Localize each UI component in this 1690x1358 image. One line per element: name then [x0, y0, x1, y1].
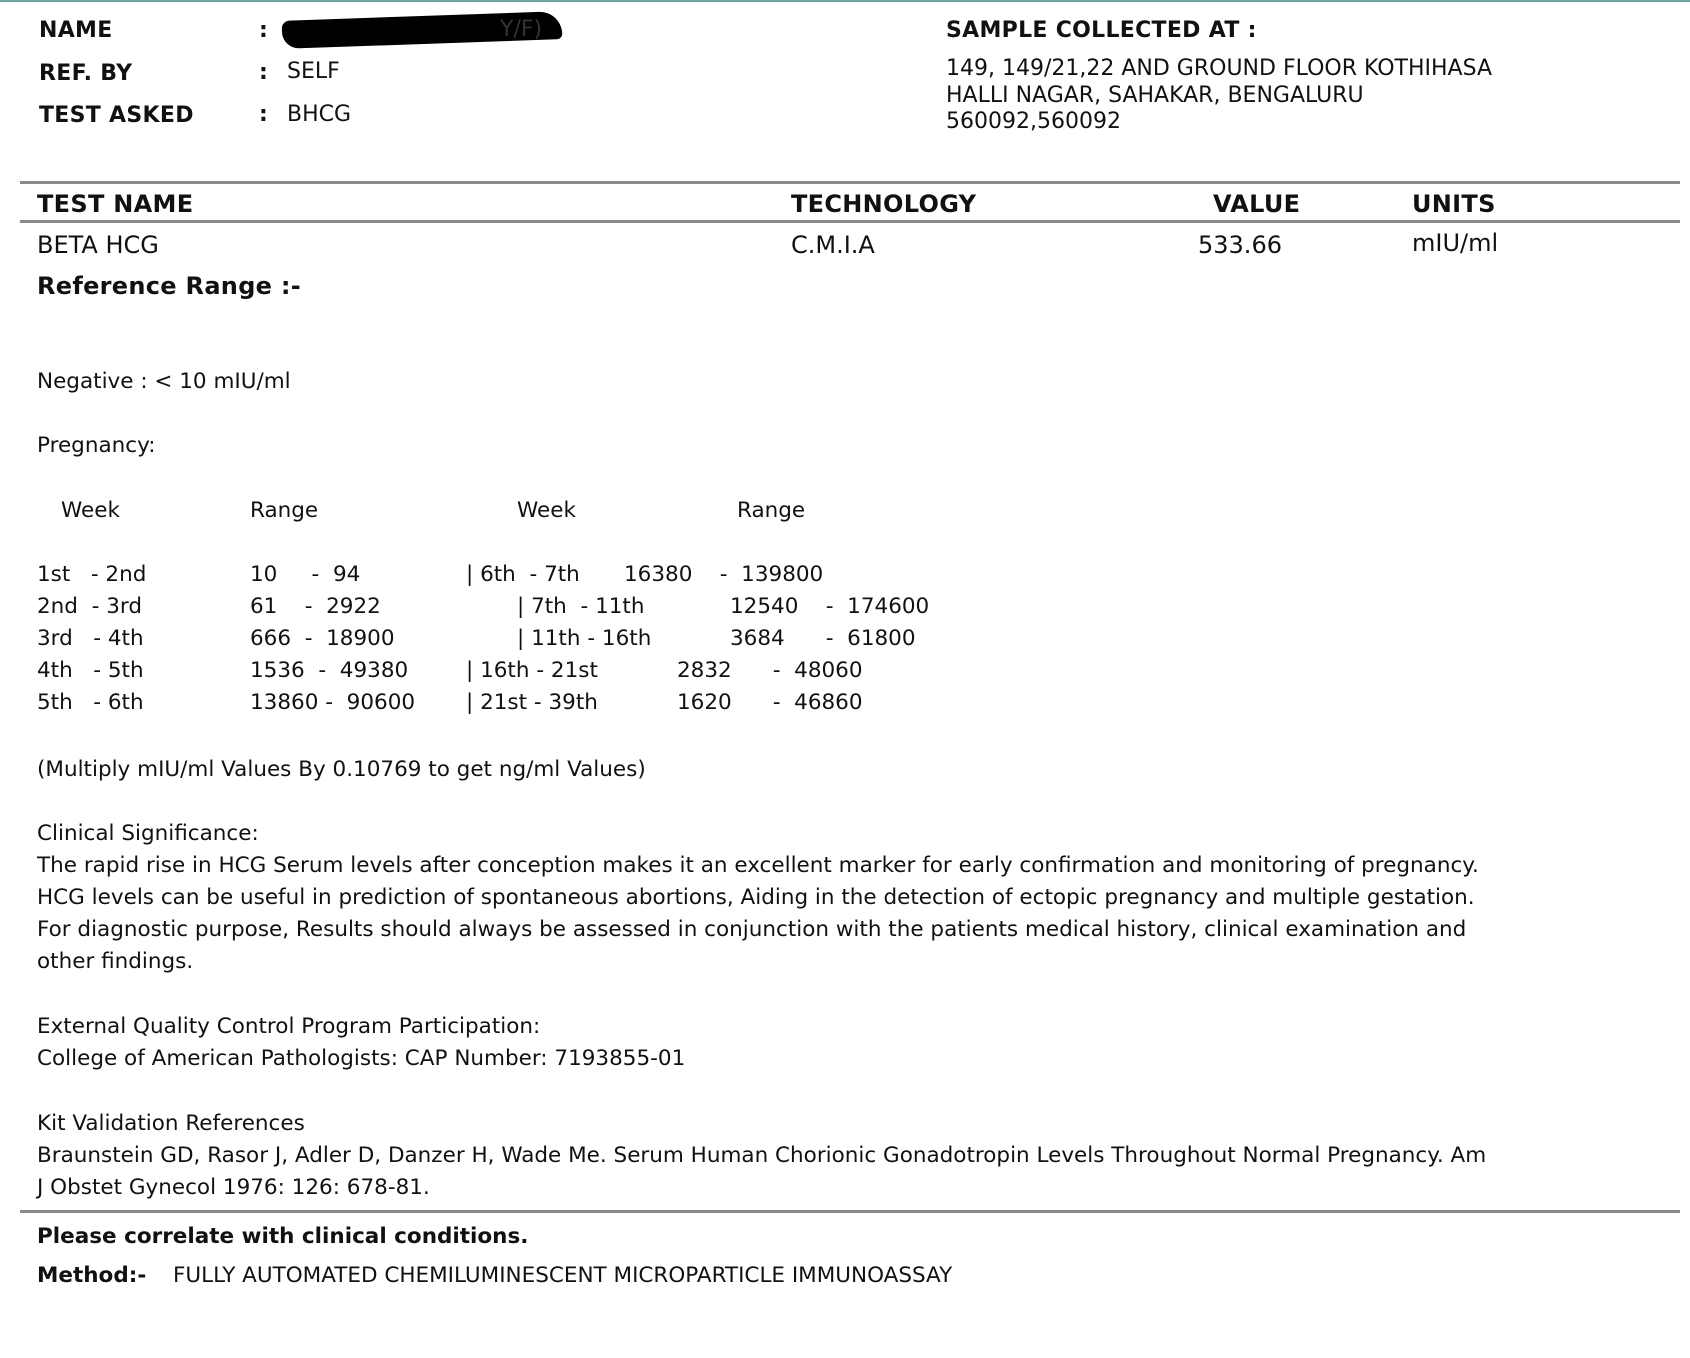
- ref-week-right: | 6th - 7th: [466, 562, 580, 587]
- correlate-note: Please correlate with clinical condition…: [37, 1224, 528, 1249]
- result-units: mIU/ml: [1412, 229, 1498, 257]
- ref-range-left: 10 - 94: [250, 562, 360, 587]
- test-asked-value: BHCG: [287, 102, 351, 127]
- result-value: 533.66: [1198, 231, 1282, 259]
- clinical-line-3: For diagnostic purpose, Results should a…: [37, 917, 1466, 942]
- name-label: NAME: [39, 18, 113, 43]
- kit-reference-line-1: Braunstein GD, Rasor J, Adler D, Danzer …: [37, 1143, 1486, 1168]
- name-colon: :: [259, 18, 268, 43]
- ref-week-left: 4th - 5th: [37, 658, 144, 683]
- top-border: [0, 0, 1690, 2]
- ref-by-colon: :: [259, 60, 268, 85]
- sample-collected-label: SAMPLE COLLECTED AT :: [946, 18, 1257, 43]
- address-line-1: 149, 149/21,22 AND GROUND FLOOR KOTHIHAS…: [946, 56, 1492, 81]
- cap-number: College of American Pathologists: CAP Nu…: [37, 1046, 685, 1071]
- table-top-divider: [20, 181, 1680, 184]
- ref-range-right: 2832 - 48060: [677, 658, 863, 683]
- ref-by-label: REF. BY: [39, 61, 132, 86]
- pregnancy-label: Pregnancy:: [37, 433, 155, 458]
- header-technology: TECHNOLOGY: [791, 190, 976, 218]
- ref-week-right: | 11th - 16th: [517, 626, 651, 651]
- header-value: VALUE: [1213, 190, 1300, 218]
- ref-range-right: 12540 - 174600: [730, 594, 929, 619]
- ref-range-left: 61 - 2922: [250, 594, 381, 619]
- clinical-line-4: other findings.: [37, 949, 193, 974]
- name-suffix: Y/F): [500, 17, 542, 42]
- reference-range-title: Reference Range :-: [37, 272, 301, 300]
- ref-week-left: 2nd - 3rd: [37, 594, 142, 619]
- ref-week-left: 3rd - 4th: [37, 626, 144, 651]
- ref-week-left: 1st - 2nd: [37, 562, 146, 587]
- ref-header-week-right: Week: [517, 498, 576, 523]
- ref-week-right: | 7th - 11th: [517, 594, 645, 619]
- result-test-name: BETA HCG: [37, 231, 159, 259]
- address-line-2: HALLI NAGAR, SAHAKAR, BENGALURU: [946, 83, 1364, 108]
- ref-header-range-left: Range: [250, 498, 318, 523]
- kit-validation-title: Kit Validation References: [37, 1111, 305, 1136]
- ref-week-right: | 21st - 39th: [466, 690, 598, 715]
- footer-divider: [20, 1210, 1680, 1213]
- clinical-line-1: The rapid rise in HCG Serum levels after…: [37, 853, 1479, 878]
- negative-range: Negative : < 10 mIU/ml: [37, 369, 291, 394]
- ref-range-right: 3684 - 61800: [730, 626, 916, 651]
- test-asked-label: TEST ASKED: [39, 103, 194, 128]
- method-value: FULLY AUTOMATED CHEMILUMINESCENT MICROPA…: [173, 1263, 952, 1288]
- ref-range-right: 16380 - 139800: [624, 562, 823, 587]
- method-label: Method:-: [37, 1263, 146, 1288]
- header-test-name: TEST NAME: [37, 190, 193, 218]
- ref-range-right: 1620 - 46860: [677, 690, 863, 715]
- ref-header-range-right: Range: [737, 498, 805, 523]
- address-line-3: 560092,560092: [946, 109, 1121, 134]
- table-header-divider: [20, 220, 1680, 223]
- test-asked-colon: :: [259, 102, 268, 127]
- header-units: UNITS: [1412, 190, 1496, 218]
- clinical-line-2: HCG levels can be useful in prediction o…: [37, 885, 1475, 910]
- quality-control-title: External Quality Control Program Partici…: [37, 1014, 540, 1039]
- ref-week-right: | 16th - 21st: [466, 658, 598, 683]
- ref-range-left: 666 - 18900: [250, 626, 395, 651]
- kit-reference-line-2: J Obstet Gynecol 1976: 126: 678-81.: [37, 1175, 430, 1200]
- ref-range-left: 13860 - 90600: [250, 690, 415, 715]
- clinical-significance-title: Clinical Significance:: [37, 821, 259, 846]
- result-technology: C.M.I.A: [791, 231, 875, 259]
- ref-range-left: 1536 - 49380: [250, 658, 408, 683]
- ref-week-left: 5th - 6th: [37, 690, 144, 715]
- conversion-note: (Multiply mIU/ml Values By 0.10769 to ge…: [37, 757, 646, 782]
- ref-header-week-left: Week: [61, 498, 120, 523]
- ref-by-value: SELF: [287, 59, 340, 84]
